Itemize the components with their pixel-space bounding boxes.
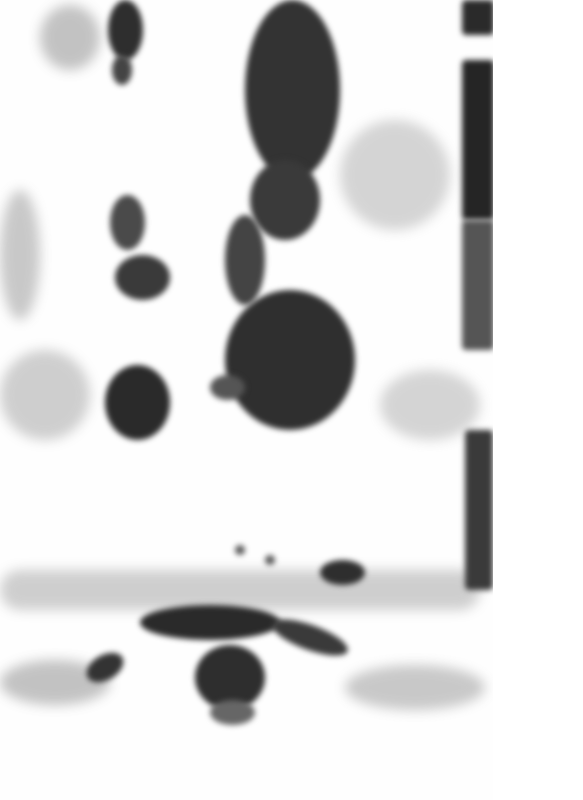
- speckle-haze: [0, 350, 90, 440]
- dark-band: [462, 220, 494, 350]
- page-margin: [493, 0, 583, 800]
- dark-blob: [235, 545, 245, 555]
- dark-blob: [210, 375, 245, 400]
- dark-blob: [108, 0, 143, 60]
- dark-blob: [225, 290, 355, 430]
- speckle-haze: [380, 370, 480, 440]
- speckle-haze: [345, 665, 485, 710]
- dark-blob: [268, 612, 352, 663]
- dark-blob: [115, 255, 170, 300]
- speckle-haze: [340, 120, 450, 230]
- dark-blob: [105, 365, 170, 440]
- dark-blob: [225, 215, 265, 305]
- dark-blob: [110, 195, 145, 250]
- speckle-haze: [0, 570, 480, 610]
- speckle-haze: [0, 190, 40, 320]
- dark-band: [462, 60, 494, 220]
- dark-blob: [112, 55, 132, 85]
- dark-blob: [245, 0, 340, 180]
- dark-blob: [140, 605, 280, 640]
- dark-blob: [250, 160, 320, 240]
- dark-band: [465, 430, 493, 590]
- speckle-haze: [40, 5, 100, 70]
- dark-band: [462, 0, 494, 35]
- dark-blob: [320, 560, 365, 585]
- dark-blob: [210, 700, 255, 725]
- dark-blob: [265, 555, 275, 565]
